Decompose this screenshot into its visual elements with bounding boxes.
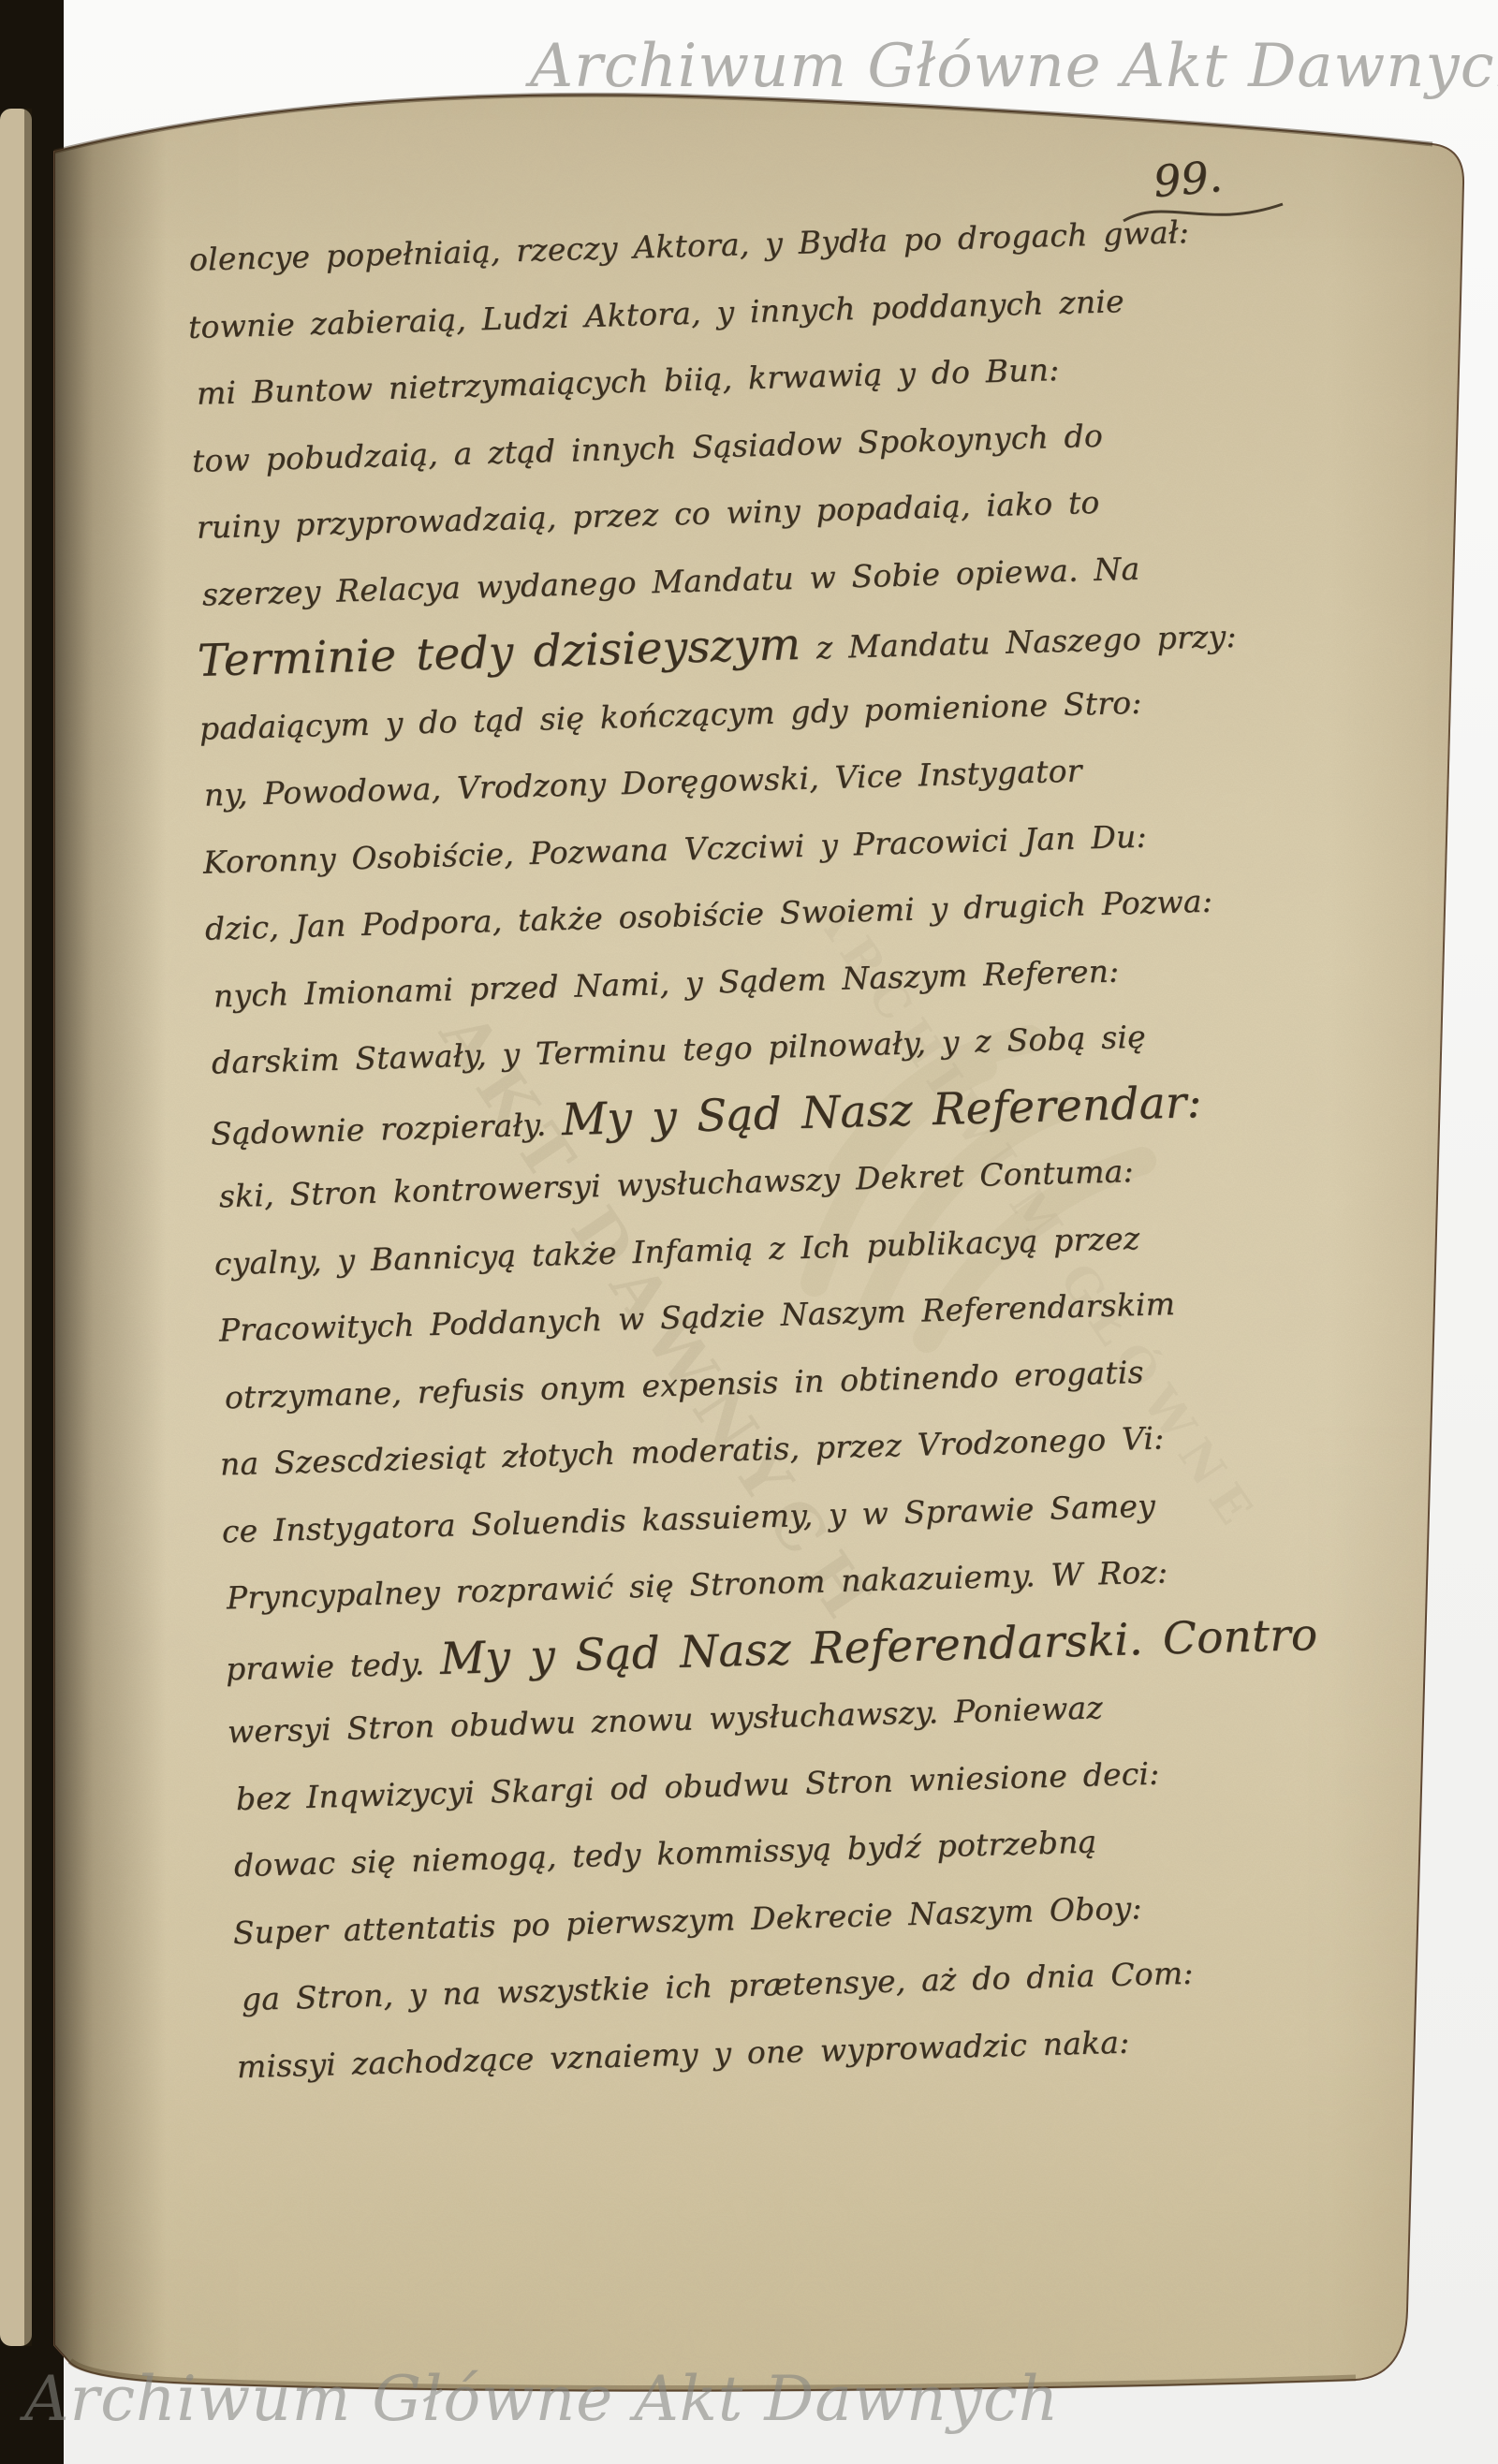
manuscript-text: nych Imionami przed Nami, y Sądem Naszym…	[213, 952, 1119, 1014]
manuscript-text: Pryncypalney rozprawić się Stronom nakaz…	[226, 1553, 1168, 1616]
manuscript-text: darskim Stawały, y Terminu tego pilnował…	[211, 1019, 1146, 1081]
manuscript-text: olencye popełniaią, rzeczy Aktora, y Byd…	[188, 213, 1189, 278]
manuscript-text-block: olencye popełniaią, rzeczy Aktora, y Byd…	[185, 193, 1445, 2100]
manuscript-text: ruiny przyprowadzaią, przez co winy popa…	[196, 484, 1100, 546]
manuscript-text: dowac się niemogą, tedy kommissyą bydź p…	[233, 1824, 1096, 1885]
manuscript-text: Super attentatis po pierwszym Dekrecie N…	[232, 1889, 1142, 1951]
manuscript-text: Terminie tedy dzisieyszym	[197, 619, 801, 687]
manuscript-text: missyi zachodzące vznaiemy y one wyprowa…	[236, 2023, 1130, 2085]
manuscript-text: wersyi Stron obudwu znowu wysłuchawszy. …	[227, 1689, 1103, 1750]
manuscript-text: Pracowitych Poddanych w Sądzie Naszym Re…	[218, 1285, 1175, 1349]
manuscript-text: otrzymane, refusis onym expensis in obti…	[224, 1353, 1144, 1415]
manuscript-text: na Szescdziesiąt złotych moderatis, prze…	[219, 1419, 1165, 1482]
manuscript-text: ny, Powodowa, Vrodzony Doręgowski, Vice …	[203, 752, 1082, 813]
manuscript-text: Koronny Osobiście, Pozwana Vczciwi y Pra…	[202, 817, 1147, 880]
manuscript-text: cyalny, y Bannicyą także Infamią z Ich p…	[213, 1219, 1139, 1282]
manuscript-text: ga Stron, y na wszystkie ich prætensye, …	[241, 1955, 1194, 2017]
manuscript-text: Sądownie rozpierały.	[211, 1106, 563, 1151]
manuscript-text: My y Sąd Nasz Referendar:	[561, 1077, 1202, 1146]
manuscript-text: ski, Stron kontrowersyi wysłuchawszy Dek…	[218, 1152, 1134, 1214]
manuscript-text: szerzey Relacya wydanego Mandatu w Sobie…	[201, 550, 1139, 612]
manuscript-text: ce Instygatora Soluendis kassuiemy, y w …	[221, 1487, 1155, 1549]
manuscript-text: tow pobudzaią, a ztąd innych Sąsiadow Sp…	[191, 417, 1103, 478]
manuscript-text: padaiącym y do tąd się kończącym gdy pom…	[198, 683, 1142, 746]
manuscript-text: townie zabieraią, Ludzi Aktora, y innych…	[187, 283, 1124, 345]
manuscript-text: mi Buntow nietrzymaiących biią, krwawią …	[196, 351, 1059, 412]
manuscript-text: prawie tedy.	[225, 1645, 440, 1687]
manuscript-text: dzic, Jan Podpora, także osobiście Swoie…	[204, 883, 1212, 947]
manuscript-text: bez Inqwizycyi Skargi od obudwu Stron wn…	[235, 1754, 1160, 1817]
manuscript-text: z Mandatu Naszego przy:	[800, 618, 1238, 667]
scanned-manuscript-photo: ARCHIWUM GŁÓWNE AKT DAWNYCH 99. olencye …	[0, 0, 1498, 2464]
